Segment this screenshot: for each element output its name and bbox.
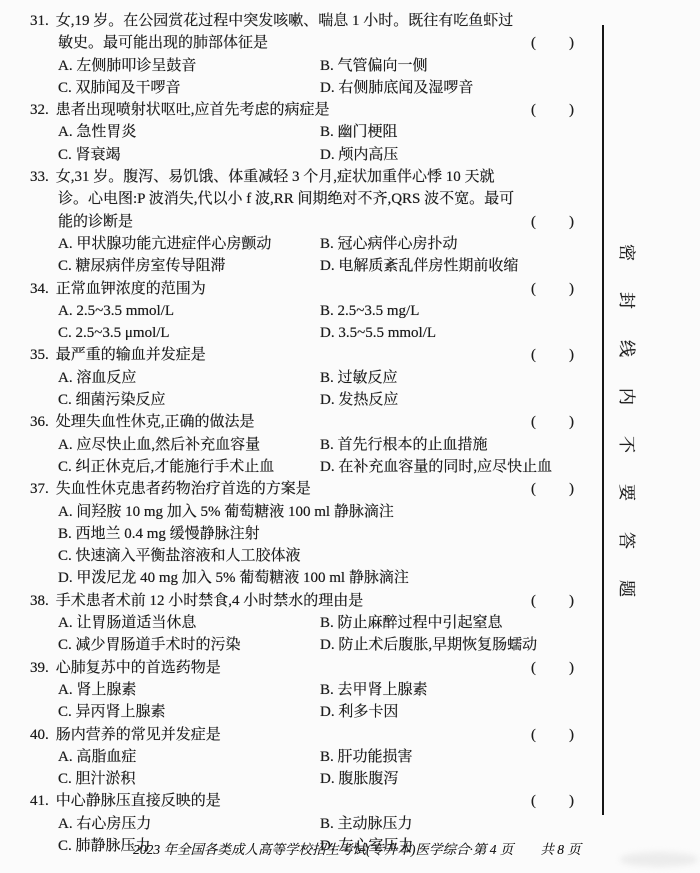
exam-page: 31.女,19 岁。在公园赏花过程中突发咳嗽、喘息 1 小时。既往有吃鱼虾过敏史… [0, 0, 700, 873]
question-number: 37. [30, 481, 49, 497]
question-item: 36.处理失血性休克,正确的做法是( )A. 应尽快止血,然后补充血容量B. 首… [30, 411, 575, 478]
question-number: 33. [30, 169, 49, 185]
question-stem-text: 处理失血性休克,正确的做法是 [56, 414, 255, 430]
option-d: D. 利多卡因 [320, 701, 575, 723]
question-number: 32. [30, 102, 49, 118]
seal-char-glyph: 密 [616, 244, 641, 261]
seal-char-glyph: 要 [616, 484, 641, 501]
option-c: C. 纠正休克后,才能施行手术止血 [58, 456, 320, 478]
option-c: C. 减少胃肠道手术时的污染 [58, 634, 320, 656]
question-item: 37.失血性休克患者药物治疗首选的方案是( )A. 间羟胺 10 mg 加入 5… [30, 478, 575, 589]
option-b: B. 肝功能损害 [320, 746, 575, 768]
option-d: D. 发热反应 [320, 389, 575, 411]
option-a: A. 急性胃炎 [58, 121, 320, 143]
option-b: B. 冠心病伴心房扑动 [320, 233, 575, 255]
answer-bracket: ( ) [531, 724, 575, 746]
seal-char-glyph: 封 [616, 292, 641, 309]
seal-char: 密 [610, 228, 646, 276]
option-c: C. 双肺闻及干啰音 [58, 77, 320, 99]
question-stem: 36.处理失血性休克,正确的做法是( ) [30, 411, 575, 433]
option-c: C. 异丙肾上腺素 [58, 701, 320, 723]
question-item: 35.最严重的输血并发症是( )A. 溶血反应B. 过敏反应C. 细菌污染反应D… [30, 344, 575, 411]
answer-bracket: ( ) [531, 411, 575, 433]
option-a: A. 甲状腺功能亢进症伴心房颤动 [58, 233, 320, 255]
option-b: B. 气管偏向一侧 [320, 55, 575, 77]
question-stem: 37.失血性休克患者药物治疗首选的方案是( ) [30, 478, 575, 500]
answer-bracket: ( ) [531, 790, 575, 812]
scan-smudge [620, 852, 698, 867]
seal-char-glyph: 内 [616, 388, 641, 405]
options-group: A. 应尽快止血,然后补充血容量B. 首先行根本的止血措施C. 纠正休克后,才能… [30, 434, 575, 479]
question-stem: 41.中心静脉压直接反映的是( ) [30, 790, 575, 812]
question-stem-text: 心肺复苏中的首选药物是 [56, 660, 221, 676]
option-d: D. 颅内高压 [320, 144, 575, 166]
question-number: 34. [30, 281, 49, 297]
seal-line-text: 密封线内不要答题 [610, 228, 646, 612]
option-b: B. 西地兰 0.4 mg 缓慢静脉注射 [58, 523, 575, 545]
question-number: 36. [30, 414, 49, 430]
option-a: A. 让胃肠道适当休息 [58, 612, 320, 634]
option-a: A. 左侧肺叩诊呈鼓音 [58, 55, 320, 77]
option-a: A. 间羟胺 10 mg 加入 5% 葡萄糖液 100 ml 静脉滴注 [58, 501, 575, 523]
question-stem: 31.女,19 岁。在公园赏花过程中突发咳嗽、喘息 1 小时。既往有吃鱼虾过敏史… [30, 10, 575, 55]
option-d: D. 腹胀腹泻 [320, 768, 575, 790]
answer-bracket: ( ) [531, 478, 575, 500]
question-stem-text: 手术患者术前 12 小时禁食,4 小时禁水的理由是 [56, 593, 364, 609]
seal-char: 题 [610, 564, 646, 612]
question-stem: 35.最严重的输血并发症是( ) [30, 344, 575, 366]
option-c: C. 肾衰竭 [58, 144, 320, 166]
option-b: B. 首先行根本的止血措施 [320, 434, 575, 456]
option-b: B. 防止麻醉过程中引起窒息 [320, 612, 575, 634]
question-stem-text: 最严重的输血并发症是 [56, 347, 206, 363]
question-number: 39. [30, 660, 49, 676]
question-stem: 39.心肺复苏中的首选药物是( ) [30, 657, 575, 679]
answer-bracket: ( ) [531, 99, 575, 121]
option-c: C. 快速滴入平衡盐溶液和人工胶体液 [58, 545, 575, 567]
options-group: A. 溶血反应B. 过敏反应C. 细菌污染反应D. 发热反应 [30, 367, 575, 412]
option-d: D. 防止术后腹胀,早期恢复肠蠕动 [320, 634, 575, 656]
seal-char-glyph: 答 [616, 532, 641, 549]
question-stem: 33.女,31 岁。腹泻、易饥饿、体重减轻 3 个月,症状加重伴心悸 10 天就… [30, 166, 575, 233]
answer-bracket: ( ) [531, 278, 575, 300]
question-stem-text: 女,31 岁。腹泻、易饥饿、体重减轻 3 个月,症状加重伴心悸 10 天就诊。心… [56, 169, 514, 230]
option-b: B. 2.5~3.5 mg/L [320, 300, 575, 322]
seal-char-glyph: 题 [616, 580, 641, 597]
question-stem: 34.正常血钾浓度的范围为( ) [30, 278, 575, 300]
options-group: A. 高脂血症B. 肝功能损害C. 胆汁淤积D. 腹胀腹泻 [30, 746, 575, 791]
options-group: A. 肾上腺素B. 去甲肾上腺素C. 异丙肾上腺素D. 利多卡因 [30, 679, 575, 724]
question-stem-text: 女,19 岁。在公园赏花过程中突发咳嗽、喘息 1 小时。既往有吃鱼虾过敏史。最可… [56, 13, 514, 51]
answer-bracket: ( ) [531, 211, 575, 233]
option-c: C. 糖尿病伴房室传导阻滞 [58, 255, 320, 277]
answer-bracket: ( ) [531, 32, 575, 54]
question-item: 38.手术患者术前 12 小时禁食,4 小时禁水的理由是( )A. 让胃肠道适当… [30, 590, 575, 657]
seal-char: 要 [610, 468, 646, 516]
question-number: 38. [30, 593, 49, 609]
question-stem-text: 正常血钾浓度的范围为 [56, 281, 206, 297]
question-item: 31.女,19 岁。在公园赏花过程中突发咳嗽、喘息 1 小时。既往有吃鱼虾过敏史… [30, 10, 575, 99]
option-d: D. 电解质紊乱伴房性期前收缩 [320, 255, 575, 277]
question-item: 33.女,31 岁。腹泻、易饥饿、体重减轻 3 个月,症状加重伴心悸 10 天就… [30, 166, 575, 277]
question-number: 41. [30, 793, 49, 809]
option-a: A. 肾上腺素 [58, 679, 320, 701]
seal-char: 封 [610, 276, 646, 324]
seal-char: 线 [610, 324, 646, 372]
question-item: 34.正常血钾浓度的范围为( )A. 2.5~3.5 mmol/LB. 2.5~… [30, 278, 575, 345]
answer-bracket: ( ) [531, 657, 575, 679]
question-stem: 40.肠内营养的常见并发症是( ) [30, 724, 575, 746]
seal-char-glyph: 线 [616, 340, 641, 357]
option-c: C. 2.5~3.5 μmol/L [58, 322, 320, 344]
options-group: A. 甲状腺功能亢进症伴心房颤动B. 冠心病伴心房扑动C. 糖尿病伴房室传导阻滞… [30, 233, 575, 278]
answer-bracket: ( ) [531, 344, 575, 366]
question-stem: 32.患者出现喷射状呕吐,应首先考虑的病症是( ) [30, 99, 575, 121]
option-a: A. 高脂血症 [58, 746, 320, 768]
question-stem-text: 患者出现喷射状呕吐,应首先考虑的病症是 [56, 102, 330, 118]
question-number: 35. [30, 347, 49, 363]
seal-char-glyph: 不 [616, 436, 641, 453]
question-stem-text: 中心静脉压直接反映的是 [56, 793, 221, 809]
option-d: D. 3.5~5.5 mmol/L [320, 322, 575, 344]
question-item: 40.肠内营养的常见并发症是( )A. 高脂血症B. 肝功能损害C. 胆汁淤积D… [30, 724, 575, 791]
page-footer: 2023 年全国各类成人高等学校招生考试(专升本)医学综合·第 4 页 共 8 … [0, 838, 700, 858]
option-b: B. 主动脉压力 [320, 813, 575, 835]
options-group: A. 间羟胺 10 mg 加入 5% 葡萄糖液 100 ml 静脉滴注B. 西地… [30, 501, 575, 590]
option-d: D. 右侧肺底闻及湿啰音 [320, 77, 575, 99]
option-a: A. 右心房压力 [58, 813, 320, 835]
option-c: C. 细菌污染反应 [58, 389, 320, 411]
option-b: B. 过敏反应 [320, 367, 575, 389]
question-stem-text: 失血性休克患者药物治疗首选的方案是 [56, 481, 311, 497]
option-b: B. 去甲肾上腺素 [320, 679, 575, 701]
question-list: 31.女,19 岁。在公园赏花过程中突发咳嗽、喘息 1 小时。既往有吃鱼虾过敏史… [30, 10, 575, 857]
option-c: C. 胆汁淤积 [58, 768, 320, 790]
question-number: 40. [30, 727, 49, 743]
options-group: A. 左侧肺叩诊呈鼓音B. 气管偏向一侧C. 双肺闻及干啰音D. 右侧肺底闻及湿… [30, 55, 575, 100]
option-d: D. 甲泼尼龙 40 mg 加入 5% 葡萄糖液 100 ml 静脉滴注 [58, 567, 575, 589]
question-stem: 38.手术患者术前 12 小时禁食,4 小时禁水的理由是( ) [30, 590, 575, 612]
question-item: 39.心肺复苏中的首选药物是( )A. 肾上腺素B. 去甲肾上腺素C. 异丙肾上… [30, 657, 575, 724]
option-b: B. 幽门梗阻 [320, 121, 575, 143]
answer-bracket: ( ) [531, 590, 575, 612]
option-a: A. 溶血反应 [58, 367, 320, 389]
seal-char: 内 [610, 372, 646, 420]
question-number: 31. [30, 13, 49, 29]
options-group: A. 让胃肠道适当休息B. 防止麻醉过程中引起窒息C. 减少胃肠道手术时的污染D… [30, 612, 575, 657]
seal-line-rule [602, 25, 604, 815]
options-group: A. 急性胃炎B. 幽门梗阻C. 肾衰竭D. 颅内高压 [30, 121, 575, 166]
options-group: A. 2.5~3.5 mmol/LB. 2.5~3.5 mg/LC. 2.5~3… [30, 300, 575, 345]
option-a: A. 应尽快止血,然后补充血容量 [58, 434, 320, 456]
question-item: 32.患者出现喷射状呕吐,应首先考虑的病症是( )A. 急性胃炎B. 幽门梗阻C… [30, 99, 575, 166]
option-a: A. 2.5~3.5 mmol/L [58, 300, 320, 322]
seal-char: 答 [610, 516, 646, 564]
question-stem-text: 肠内营养的常见并发症是 [56, 727, 221, 743]
option-d: D. 在补充血容量的同时,应尽快止血 [320, 456, 575, 478]
seal-char: 不 [610, 420, 646, 468]
